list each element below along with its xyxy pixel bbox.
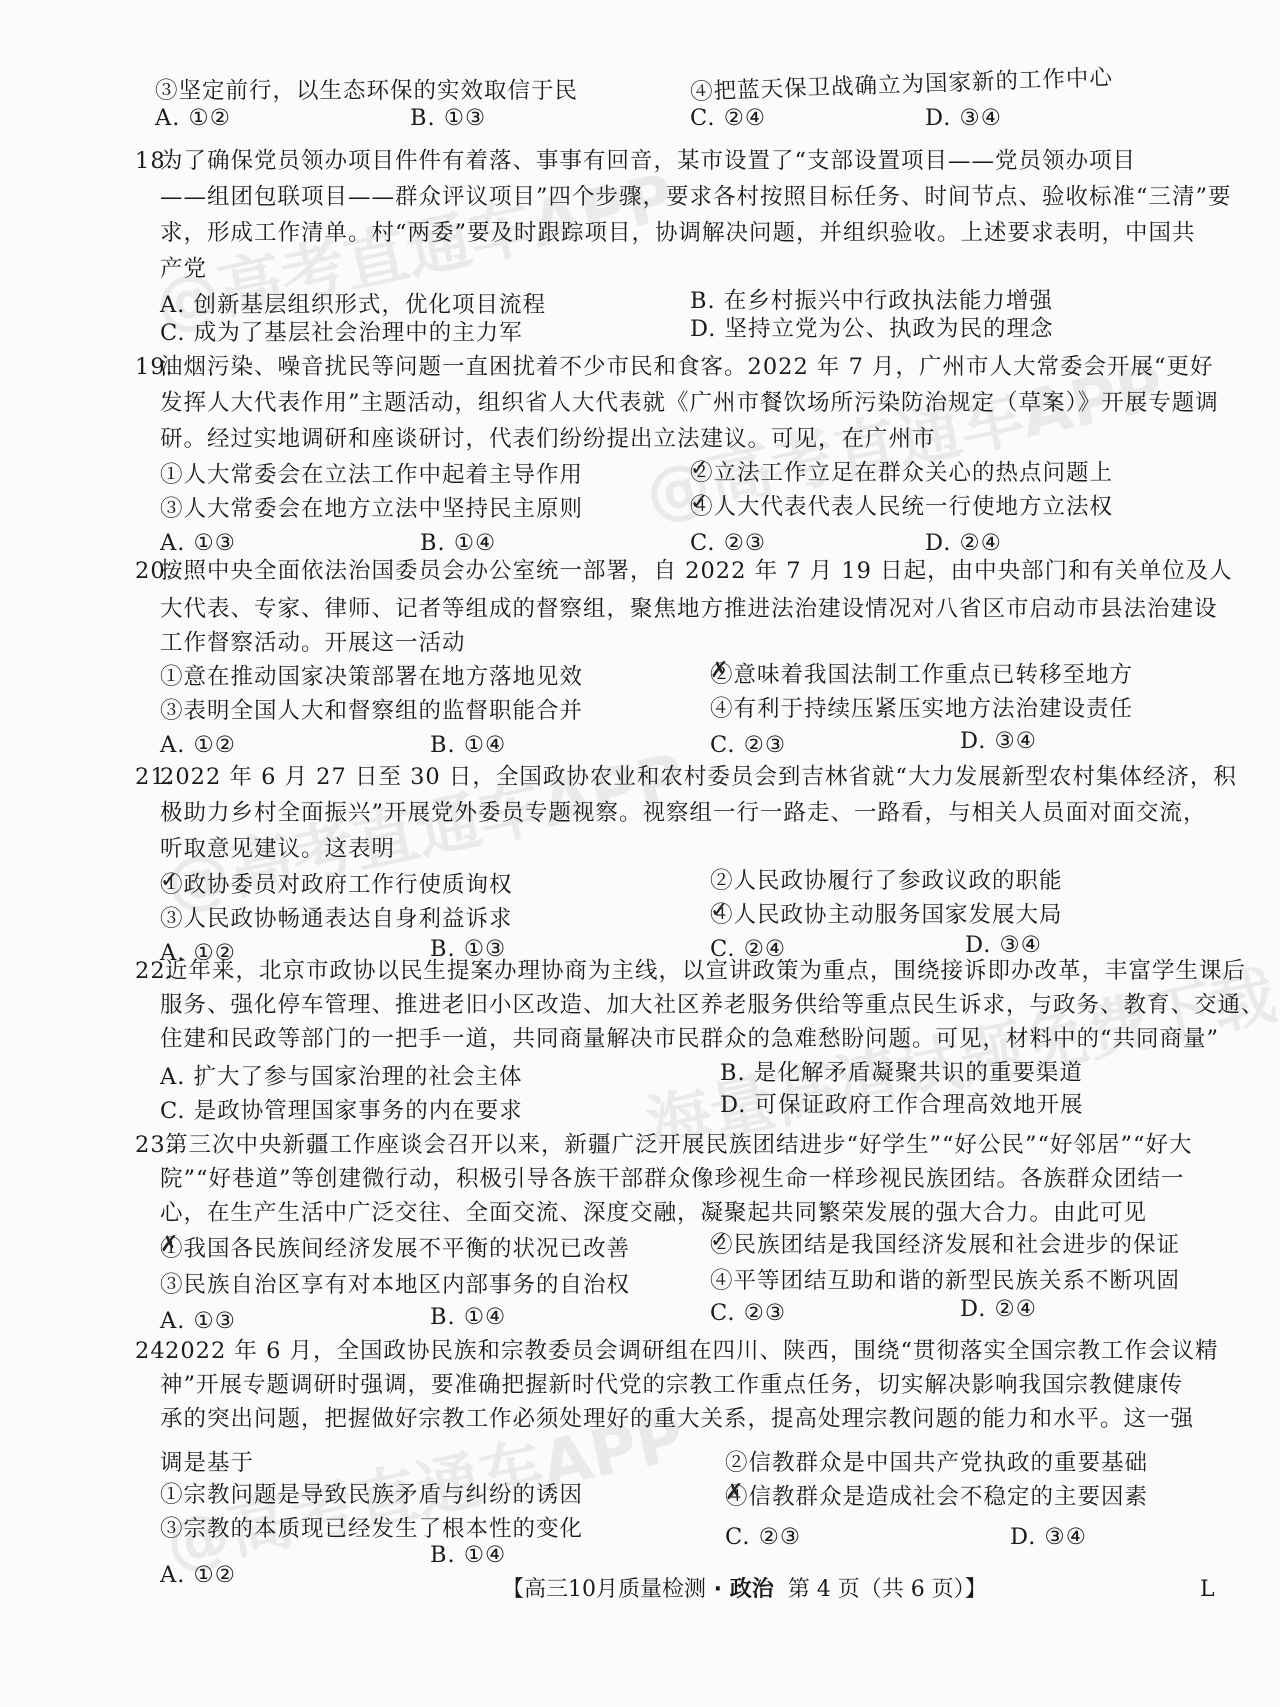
q23-statement-2: ②民族团结是我国经济发展和社会进步的保证 — [710, 1230, 1180, 1260]
q22-stem-line: 近年来，北京市政协以民生提案办理协商为主线，以宣讲政策为重点，围绕接诉即办改革，… — [165, 956, 1246, 986]
q20-statement-1: ①意在推动国家决策部署在地方落地见效 — [160, 662, 583, 692]
q23-stem-line: 心，在生产生活中广泛交往、全面交流、深度交融，凝聚起共同繁荣发展的强大合力。由此… — [160, 1198, 1147, 1228]
q17-statement-4: ④把蓝天保卫战确立为国家新的工作中心 — [690, 63, 1114, 108]
q21-statement-4: ④人民政协主动服务国家发展大局 — [710, 900, 1063, 930]
q18-stem-line: 产党 — [160, 254, 207, 284]
q17-statement-3: ③坚定前行，以生态环保的实效取信于民 — [155, 76, 578, 106]
q19-stem-line: 油烟污染、噪音扰民等问题一直困扰着不少市民和食客。2022 年 7 月，广州市人… — [160, 352, 1214, 382]
q20-answer-a: A. ①② — [160, 730, 236, 760]
q24-stem-line: 2022 年 6 月，全国政协民族和宗教委员会调研组在四川、陕西，围绕“贯彻落实… — [165, 1336, 1219, 1366]
q21-stem-line: 听取意见建议。这表明 — [160, 834, 395, 864]
q19-stem-line: 研。经过实地调研和座谈研讨，代表们纷纷提出立法建议。可见，在广州市 — [160, 424, 936, 454]
q22-option-b: B. 是化解矛盾凝聚共识的重要渠道 — [720, 1058, 1083, 1088]
q24-statement-2: ②信教群众是中国共产党执政的重要基础 — [725, 1448, 1148, 1478]
q23-answer-c: C. ②③ — [710, 1298, 786, 1328]
check-mark: ✓ — [690, 456, 708, 481]
q24-answer-a: A. ①② — [160, 1560, 236, 1590]
check-mark: ✓ — [160, 868, 178, 893]
q24-statement-3: ③宗教的本质现已经发生了根本性的变化 — [160, 1514, 583, 1544]
q24-statement-1: ①宗教问题是导致民族矛盾与纠纷的诱因 — [160, 1480, 583, 1510]
cross-mark: ✗ — [710, 658, 728, 683]
q22-option-d: D. 可保证政府工作合理高效地开展 — [720, 1090, 1084, 1120]
footer-dot: · — [706, 1577, 730, 1602]
q21-stem-line: 极助力乡村全面振兴”开展党外委员专题视察。视察组一行一路走、一路看，与相关人员面… — [160, 798, 1207, 828]
q20-stem-line: 大代表、专家、律师、记者等组成的督察组，聚焦地方推进法治建设情况对八省区市启动市… — [160, 594, 1218, 624]
q22-stem-line: 住建和民政等部门的一把手一道，共同商量解决市民群众的急难愁盼问题。可见，材料中的… — [160, 1024, 1219, 1054]
q18-option-c: C. 成为了基层社会治理中的主力军 — [160, 318, 523, 348]
q20-statement-2: ②意味着我国法制工作重点已转移至地方 — [710, 660, 1133, 690]
q18-option-b: B. 在乡村振兴中行政执法能力增强 — [690, 286, 1053, 316]
q17-answer-c: C. ②④ — [690, 103, 766, 133]
q24-statement-4: ④信教群众是造成社会不稳定的主要因素 — [725, 1482, 1148, 1512]
footer-bracket-left: 【 — [502, 1577, 524, 1602]
q18-option-a: A. 创新基层组织形式，优化项目流程 — [160, 290, 546, 320]
q19-statement-4: ④人大代表代表人民统一行使地方立法权 — [690, 492, 1113, 522]
q23-answer-d: D. ②④ — [960, 1294, 1037, 1324]
q21-stem-line: 2022 年 6 月 27 日至 30 日，全国政协农业和农村委员会到吉林省就“… — [160, 762, 1237, 792]
q22-stem-line: 服务、强化停车管理、推进老旧小区改造、加大社区养老服务供给等重点民生诉求，与政务… — [160, 990, 1265, 1020]
q23-statement-1: ①我国各民族间经济发展不平衡的状况已改善 — [160, 1234, 630, 1264]
check-mark: ✓ — [690, 490, 708, 515]
footer-subject: 政治 — [730, 1577, 774, 1602]
q24-stem-line: 调是基于 — [160, 1448, 254, 1478]
q19-stem-line: 发挥人大代表作用”主题活动，组织省人大代表就《广州市餐饮场所污染防治规定（草案）… — [160, 388, 1219, 418]
footer-exam-name: 高三10月质量检测 — [524, 1577, 706, 1602]
q19-statement-3: ③人大常委会在地方立法中坚持民主原则 — [160, 494, 583, 524]
q21-statement-3: ③人民政协畅通表达自身利益诉求 — [160, 904, 513, 934]
q17-answer-b: B. ①③ — [410, 103, 486, 133]
q24-stem-line: 承的突出问题，把握做好宗教工作必须处理好的重大关系，提高处理宗教问题的能力和水平… — [160, 1404, 1194, 1434]
q22-option-c: C. 是政协管理国家事务的内在要求 — [160, 1096, 523, 1126]
exam-page: @高考直通车APP @高考直通车APP @高考直通车APP 海量高清试题免费下载… — [0, 0, 1280, 1707]
q19-answer-a: A. ①③ — [160, 528, 236, 558]
q21-statement-1: ①政协委员对政府工作行使质询权 — [160, 870, 513, 900]
q22-option-a: A. 扩大了参与国家治理的社会主体 — [160, 1062, 523, 1092]
q19-answer-c: C. ②③ — [690, 528, 766, 558]
q24-answer-d: D. ③④ — [1010, 1522, 1087, 1552]
q18-stem-line: ——组团包联项目——群众评议项目”四个步骤，要求各村按照目标任务、时间节点、验收… — [160, 182, 1232, 212]
check-mark: ✓ — [710, 898, 728, 923]
q19-answer-d: D. ②④ — [925, 528, 1002, 558]
q23-statement-3: ③民族自治区享有对本地区内部事务的自治权 — [160, 1270, 630, 1300]
q18-stem-line: 为了确保党员领办项目件件有着落、事事有回音，某市设置了“支部设置项目——党员领办… — [160, 146, 1136, 176]
q20-answer-c: C. ②③ — [710, 730, 786, 760]
footer-bracket-right: 】 — [965, 1577, 987, 1602]
corner-mark: L — [1200, 1577, 1215, 1602]
q23-stem-line: 院”“好巷道”等创建微行动，积极引导各族干部群众像珍视生命一样珍视民族团结。各族… — [160, 1164, 1185, 1194]
footer-page-info: 第 4 页（共 6 页） — [788, 1577, 965, 1602]
q19-statement-2: ②立法工作立足在群众关心的热点问题上 — [690, 458, 1113, 488]
q20-statement-4: ④有利于持续压紧压实地方法治建设责任 — [710, 694, 1133, 724]
cross-mark: ✗ — [725, 1480, 743, 1505]
q24-answer-b: B. ①④ — [430, 1540, 506, 1570]
check-mark: ✓ — [710, 1228, 728, 1253]
q20-answer-b: B. ①④ — [430, 730, 506, 760]
q23-statement-4: ④平等团结互助和谐的新型民族关系不断巩固 — [710, 1266, 1180, 1296]
q17-answer-d: D. ③④ — [925, 103, 1002, 133]
q24-stem-line: 神”开展专题调研时强调，要准确把握新时代党的宗教工作重点任务，切实解决影响我国宗… — [160, 1370, 1183, 1400]
q23-stem-line: 第三次中央新疆工作座谈会召开以来，新疆广泛开展民族团结进步“好学生”“好公民”“… — [165, 1130, 1193, 1160]
q18-stem-line: 求，形成工作清单。村“两委”要及时跟踪项目，协调解决问题，并组织验收。上述要求表… — [160, 218, 1196, 248]
q23-answer-b: B. ①④ — [430, 1302, 506, 1332]
q23-answer-a: A. ①③ — [160, 1306, 236, 1336]
q20-statement-3: ③表明全国人大和督察组的监督职能合并 — [160, 696, 583, 726]
q21-statement-2: ②人民政协履行了参政议政的职能 — [710, 866, 1063, 896]
cross-mark: ✗ — [160, 1232, 178, 1257]
q19-statement-1: ①人大常委会在立法工作中起着主导作用 — [160, 460, 583, 490]
page-footer: 【高三10月质量检测 · 政治 第 4 页（共 6 页）】 — [502, 1572, 987, 1603]
q19-answer-b: B. ①④ — [420, 528, 496, 558]
q20-stem-line: 工作督察活动。开展这一活动 — [160, 628, 466, 658]
q17-answer-a: A. ①② — [155, 103, 231, 133]
q24-answer-c: C. ②③ — [725, 1522, 801, 1552]
q20-stem-line: 按照中央全面依法治国委员会办公室统一部署，自 2022 年 7 月 19 日起，… — [160, 556, 1233, 586]
q18-option-d: D. 坚持立党为公、执政为民的理念 — [690, 314, 1054, 344]
q20-answer-d: D. ③④ — [960, 726, 1037, 756]
